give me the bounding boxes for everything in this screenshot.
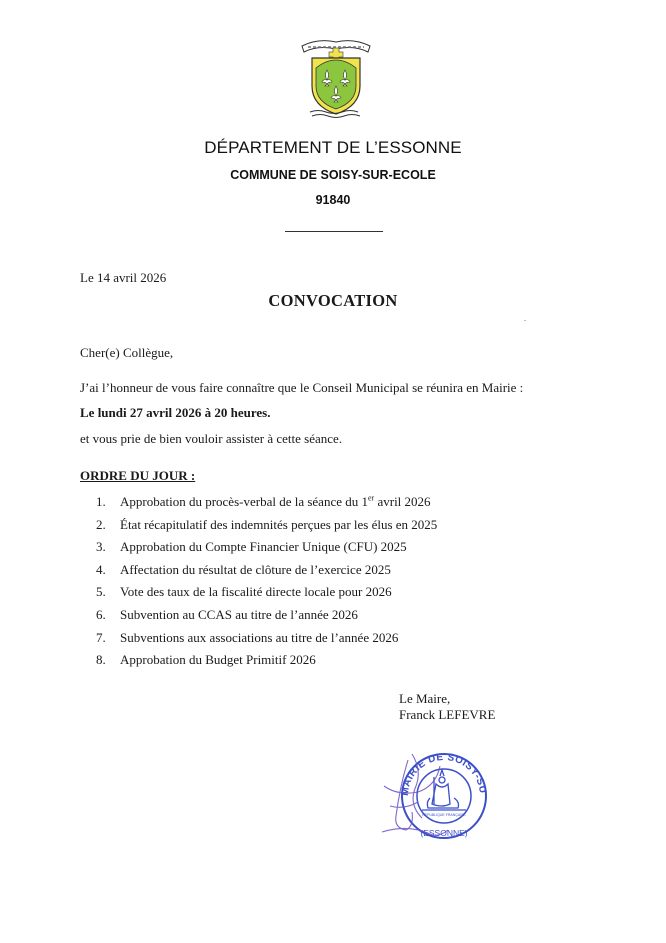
svg-text:REPUBLIQUE FRANÇAISE: REPUBLIQUE FRANÇAISE [422, 813, 466, 817]
agenda-list: 1.Approbation du procès-verbal de la séa… [96, 491, 437, 672]
agenda-item-number: 1. [96, 491, 120, 513]
agenda-item: 2.État récapitulatif des indemnités perç… [96, 514, 437, 537]
signatory-role: Le Maire, [399, 691, 450, 707]
agenda-item: 3.Approbation du Compte Financier Unique… [96, 536, 437, 559]
agenda-item: 5.Vote des taux de la fiscalité directe … [96, 581, 437, 604]
agenda-item-text: Approbation du Compte Financier Unique (… [120, 539, 407, 554]
intro-paragraph: J’ai l’honneur de vous faire connaître q… [80, 380, 523, 396]
agenda-item-text: État récapitulatif des indemnités perçue… [120, 517, 437, 532]
header-divider [285, 231, 383, 232]
scan-speck [524, 320, 526, 321]
commune-heading: COMMUNE DE SOISY-SUR-ECOLE [0, 168, 666, 182]
agenda-heading: ORDRE DU JOUR : [80, 468, 195, 484]
agenda-item-text: Subventions aux associations au titre de… [120, 630, 398, 645]
agenda-item: 4.Affectation du résultat de clôture de … [96, 559, 437, 582]
agenda-item-text-after: avril 2026 [374, 494, 430, 509]
agenda-item-text: Approbation du Budget Primitif 2026 [120, 652, 316, 667]
official-stamp: MAIRIE DE SOISY-SUR-ECOLE (ESSONNE) REPU… [378, 746, 506, 842]
agenda-item-number: 4. [96, 559, 120, 581]
department-heading: DÉPARTEMENT DE L’ESSONNE [0, 138, 666, 158]
agenda-item: 1.Approbation du procès-verbal de la séa… [96, 491, 437, 514]
agenda-item-text: Vote des taux de la fiscalité directe lo… [120, 584, 392, 599]
agenda-item: 7.Subventions aux associations au titre … [96, 627, 437, 650]
agenda-item-number: 6. [96, 604, 120, 626]
document-title: CONVOCATION [0, 291, 666, 311]
letter-date: Le 14 avril 2026 [80, 270, 166, 286]
agenda-item-number: 2. [96, 514, 120, 536]
agenda-item-number: 8. [96, 649, 120, 671]
agenda-item-text: Subvention au CCAS au titre de l’année 2… [120, 607, 358, 622]
agenda-item-text: Affectation du résultat de clôture de l’… [120, 562, 391, 577]
greeting: Cher(e) Collègue, [80, 345, 173, 361]
meeting-datetime: Le lundi 27 avril 2026 à 20 heures. [80, 405, 270, 421]
agenda-item: 8.Approbation du Budget Primitif 2026 [96, 649, 437, 672]
signatory-name: Franck LEFEVRE [399, 707, 495, 723]
agenda-item: 6.Subvention au CCAS au titre de l’année… [96, 604, 437, 627]
coat-of-arms-logo [298, 36, 374, 118]
agenda-item-number: 7. [96, 627, 120, 649]
attendance-request: et vous prie de bien vouloir assister à … [80, 431, 342, 447]
postal-code: 91840 [0, 193, 666, 207]
agenda-item-number: 3. [96, 536, 120, 558]
agenda-item-number: 5. [96, 581, 120, 603]
agenda-item-text: Approbation du procès-verbal de la séanc… [120, 494, 368, 509]
